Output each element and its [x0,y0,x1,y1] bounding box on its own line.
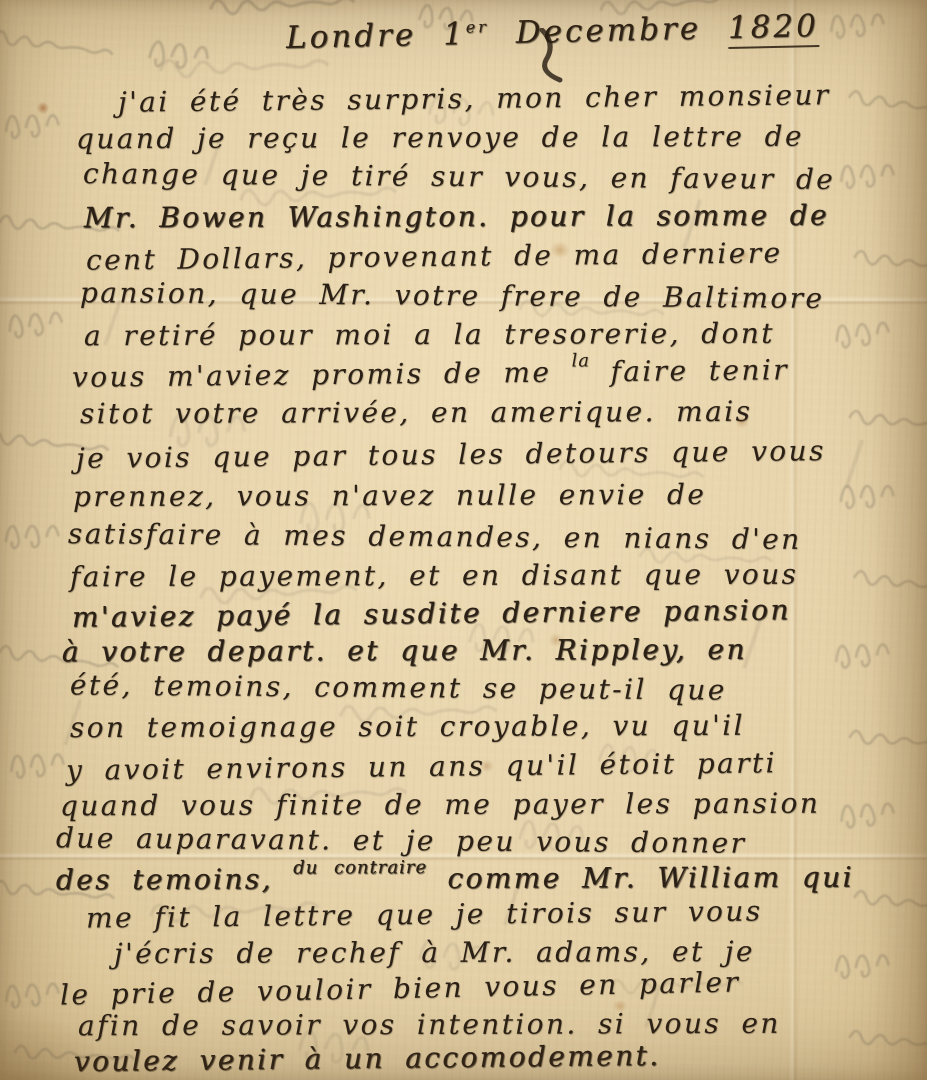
letter-line: à votre depart. et que Mr. Rippley, en [62,633,747,668]
ink-flourish [534,28,594,88]
letter-line: a retiré pour moi a la tresorerie, dont [84,317,775,352]
letter-line: prennez, vous n'avez nulle envie de [73,478,706,513]
letter-line: m'aviez payé la susdite derniere pansion [72,593,791,634]
interline-insertion: la [571,350,590,371]
letter-line: afin de savoir vos intention. si vous en [78,1007,781,1042]
letter-line: change que je tiré sur vous, en faveur d… [83,157,835,196]
dateline-year: 1820 [728,8,820,49]
letter-line: vous m'aviez promis de me la faire tenir [72,353,789,394]
letter-line: due auparavant. et je peu vous donner [56,821,747,859]
interline-insertion: du contraire [293,857,427,878]
letter-body: Londre 1er Decembre 1820 j'ai été très s… [0,0,927,1080]
letter-line: me fit la lettre que je tirois sur vous [86,894,763,934]
letter-line: quand je reçu le renvoye de la lettre de [76,120,804,156]
letter-line: y avoit environs un ans qu'il étoit part… [66,746,777,786]
letter-line: quand vous finite de me payer les pansio… [60,787,820,823]
letter-line: j'ai été très surpris, mon cher monsieur [118,78,831,118]
letter-line: pansion, que Mr. votre frere de Baltimor… [80,276,825,315]
letter-line: son temoignage soit croyable, vu qu'il [70,709,745,744]
letter-line: je vois que par tous les detours que vou… [76,434,826,475]
letter-line: sitot votre arrivée, en amerique. mais [80,395,752,430]
manuscript-page: Londre 1er Decembre 1820 j'ai été très s… [0,0,927,1080]
letter-line: j'écris de rechef à Mr. adams, et je [114,935,755,970]
letter-line: été, temoins, comment se peut-il que [70,668,727,706]
letter-line: des temoins, du contraire comme Mr. Will… [56,861,854,897]
letter-line: Mr. Bowen Washington. pour la somme de [84,199,829,235]
letter-line: faire le payement, et en disant que vous [70,558,798,594]
letter-line: voulez venir à un accomodement. [74,1039,661,1078]
letter-line: satisfaire à mes demandes, en nians d'en [68,517,802,556]
letter-line: cent Dollars, provenant de ma derniere [86,236,783,276]
dateline-day: 1er [443,15,490,52]
dateline-place: Londre [286,17,417,56]
letter-line: le prie de vouloir bien vous en parler [60,965,741,1011]
